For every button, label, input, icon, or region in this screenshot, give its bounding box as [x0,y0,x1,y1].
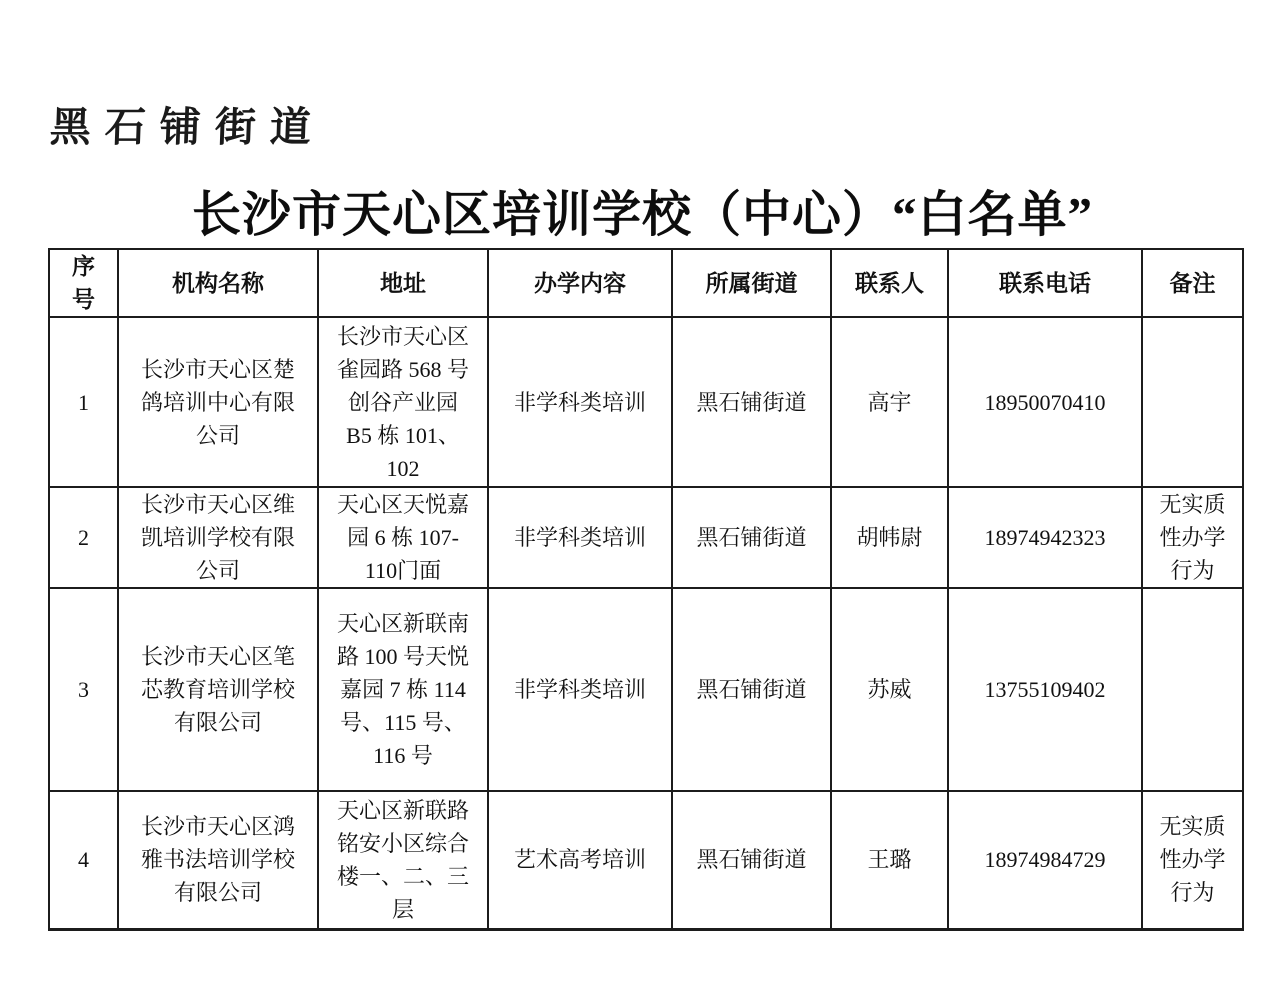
cell-remark [1142,588,1243,791]
cell-name: 长沙市天心区维凯培训学校有限公司 [118,487,318,588]
column-header-content: 办学内容 [488,249,672,317]
table-row: 2 长沙市天心区维凯培训学校有限公司 天心区天悦嘉园 6 栋 107-110门面… [49,487,1243,588]
column-header-remark: 备注 [1142,249,1243,317]
cell-contact: 王璐 [831,791,948,929]
cell-phone: 13755109402 [948,588,1142,791]
street-handwritten-stamp: 黑石铺街道 [49,94,326,153]
table-row: 4 长沙市天心区鸿雅书法培训学校有限公司 天心区新联路铭安小区综合楼一、二、三层… [49,791,1243,929]
cell-content: 艺术高考培训 [488,791,672,929]
cell-remark [1142,317,1243,487]
column-header-name: 机构名称 [118,249,318,317]
document-title: 长沙市天心区培训学校（中心）“白名单” [45,176,1240,246]
column-header-no: 序号 [49,249,118,317]
whitelist-table: 序号 机构名称 地址 办学内容 所属街道 联系人 联系电话 备注 1 长沙市天心… [48,248,1244,931]
cell-street: 黑石铺街道 [672,588,831,791]
cell-street: 黑石铺街道 [672,791,831,929]
cell-address: 天心区新联南路 100 号天悦嘉园 7 栋 114 号、115 号、116 号 [318,588,488,791]
cell-phone: 18974984729 [948,791,1142,929]
cell-contact: 胡帏尉 [831,487,948,588]
cell-no: 3 [49,588,118,791]
cell-contact: 高宇 [831,317,948,487]
cell-street: 黑石铺街道 [672,317,831,487]
cell-address: 天心区天悦嘉园 6 栋 107-110门面 [318,487,488,588]
cell-remark: 无实质性办学行为 [1142,791,1243,929]
column-header-no-label: 序号 [70,250,96,316]
cell-name: 长沙市天心区笔芯教育培训学校有限公司 [118,588,318,791]
cell-street: 黑石铺街道 [672,487,831,588]
cell-contact: 苏威 [831,588,948,791]
table-row: 1 长沙市天心区楚鸽培训中心有限公司 长沙市天心区雀园路 568 号创谷产业园 … [49,317,1243,487]
table-row: 3 长沙市天心区笔芯教育培训学校有限公司 天心区新联南路 100 号天悦嘉园 7… [49,588,1243,791]
column-header-street: 所属街道 [672,249,831,317]
cell-content: 非学科类培训 [488,588,672,791]
cell-no: 2 [49,487,118,588]
cell-remark: 无实质性办学行为 [1142,487,1243,588]
column-header-contact: 联系人 [831,249,948,317]
cell-phone: 18950070410 [948,317,1142,487]
cell-phone: 18974942323 [948,487,1142,588]
column-header-address: 地址 [318,249,488,317]
cell-address: 长沙市天心区雀园路 568 号创谷产业园 B5 栋 101、102 [318,317,488,487]
header-row: 序号 机构名称 地址 办学内容 所属街道 联系人 联系电话 备注 [49,249,1243,317]
cell-no: 4 [49,791,118,929]
cell-name: 长沙市天心区鸿雅书法培训学校有限公司 [118,791,318,929]
cell-name: 长沙市天心区楚鸽培训中心有限公司 [118,317,318,487]
column-header-phone: 联系电话 [948,249,1142,317]
cell-no: 1 [49,317,118,487]
document-page: 黑石铺街道 长沙市天心区培训学校（中心）“白名单” 序号 机构名称 地址 办学内… [0,0,1280,985]
cell-address: 天心区新联路铭安小区综合楼一、二、三层 [318,791,488,929]
cell-content: 非学科类培训 [488,317,672,487]
cell-content: 非学科类培训 [488,487,672,588]
